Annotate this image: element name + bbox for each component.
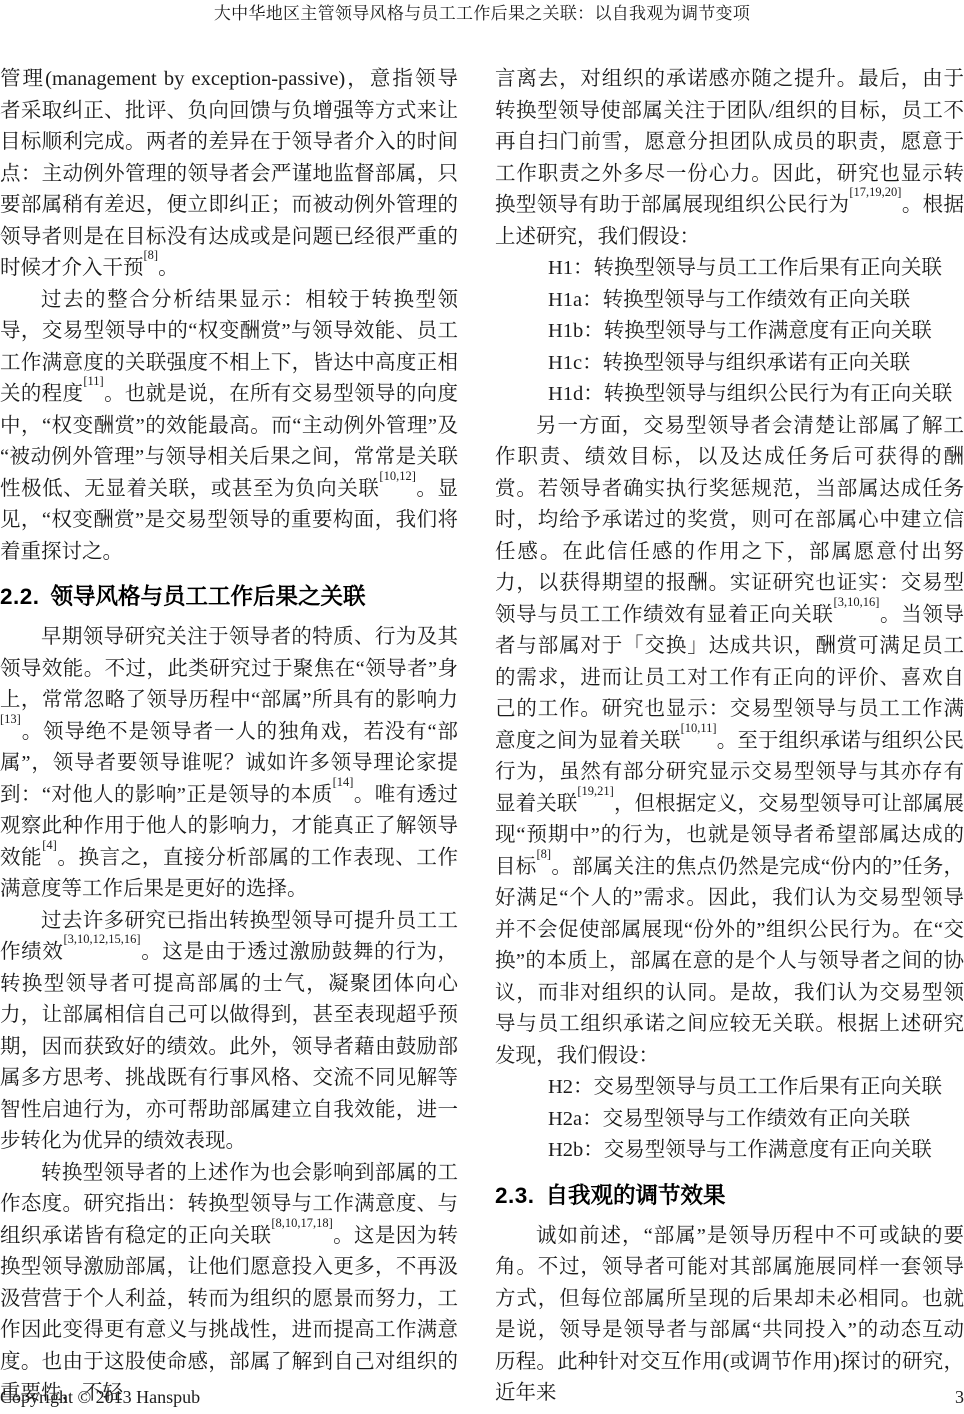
hypothesis-line: H2：交易型领导与员工工作后果有正向关联: [495, 1072, 964, 1104]
section-title: 自我观的调节效果: [546, 1183, 726, 1208]
citation-ref: [19,21]: [577, 784, 613, 798]
hypothesis-line: H1c：转换型领导与组织承诺有正向关联: [495, 348, 964, 380]
two-column-body: 管理(management by exception-passive)，意指领导…: [0, 64, 964, 1410]
column-left: 管理(management by exception-passive)，意指领导…: [0, 64, 458, 1410]
text-run: 诚如前述，“部属”是领导历程中不可或缺的要角。不过，领导者可能对其部属施展同样一…: [495, 1225, 964, 1405]
section-heading: 2.3.自我观的调节效果: [495, 1183, 964, 1209]
hypothesis-line: H1b：转换型领导与工作满意度有正向关联: [495, 316, 964, 348]
citation-ref: [11]: [83, 374, 103, 388]
text-run: 。: [158, 257, 179, 279]
running-title: 大中华地区主管领导风格与员工工作后果之关联：以自我观为调节变项: [0, 0, 964, 25]
text-run: 早期领导研究关注于领导者的特质、行为及其领导效能。不过，此类研究过于聚焦在“领导…: [0, 626, 458, 711]
citation-ref: [4]: [42, 838, 57, 852]
text-run: 。换言之，直接分析部属的工作表现、工作满意度等工作后果是更好的选择。: [0, 847, 458, 901]
paragraph: 转换型领导者的上述作为也会影响到部属的工作态度。研究指出：转换型领导与工作满意度…: [0, 1158, 458, 1410]
paragraph: 过去的整合分析结果显示：相较于转换型领导，交易型领导中的“权变酬赏”与领导效能、…: [0, 285, 458, 569]
citation-ref: [14]: [333, 775, 354, 789]
hypothesis-line: H1：转换型领导与员工工作后果有正向关联: [495, 253, 964, 285]
hypothesis-line: H1d：转换型领导与组织公民行为有正向关联: [495, 379, 964, 411]
paper-page: 大中华地区主管领导风格与员工工作后果之关联：以自我观为调节变项 管理(manag…: [0, 0, 964, 1414]
citation-ref: [3,10,16]: [834, 595, 880, 609]
text-run: 。部属关注的焦点仍然是完成“份内的”任务，好满足“个人的”需求。因此，我们认为交…: [495, 856, 964, 1067]
page-number: 3: [955, 1386, 964, 1408]
citation-ref: [8]: [144, 248, 159, 262]
paragraph: 另一方面，交易型领导者会清楚让部属了解工作职责、绩效目标，以及达成任务后可获得的…: [495, 411, 964, 1073]
text-run: 另一方面，交易型领导者会清楚让部属了解工作职责、绩效目标，以及达成任务后可获得的…: [495, 415, 964, 626]
footer-copyright: Copyright © 2013 Hanspub: [0, 1386, 200, 1408]
citation-ref: [17,19,20]: [849, 185, 901, 199]
citation-ref: [8]: [537, 847, 552, 861]
section-number: 2.2.: [0, 584, 40, 609]
paragraph: 诚如前述，“部属”是领导历程中不可或缺的要角。不过，领导者可能对其部属施展同样一…: [495, 1221, 964, 1410]
paragraph: 早期领导研究关注于领导者的特质、行为及其领导效能。不过，此类研究过于聚焦在“领导…: [0, 622, 458, 906]
paragraph: 言离去，对组织的承诺感亦随之提升。最后，由于转换型领导使部属关注于团队/组织的目…: [495, 64, 964, 253]
paragraph: 过去许多研究已指出转换型领导可提升员工工作绩效[3,10,12,15,16]。这…: [0, 906, 458, 1158]
citation-ref: [10,11]: [681, 721, 717, 735]
text-run: 。这是由于透过激励鼓舞的行为，转换型领导者可提高部属的士气，凝聚团体向心力，让部…: [0, 941, 458, 1152]
hypothesis-line: H2a：交易型领导与工作绩效有正向关联: [495, 1104, 964, 1136]
citation-ref: [13]: [0, 712, 21, 726]
section-title: 领导风格与员工工作后果之关联: [51, 584, 366, 609]
hypothesis-line: H1a：转换型领导与工作绩效有正向关联: [495, 285, 964, 317]
hypothesis-line: H2b：交易型领导与工作满意度有正向关联: [495, 1135, 964, 1167]
citation-ref: [10,12]: [379, 469, 415, 483]
text-run: 管理(management by exception-passive)，意指领导…: [0, 68, 458, 279]
section-number: 2.3.: [495, 1183, 535, 1208]
page-footer: Copyright © 2013 Hanspub 3: [0, 1386, 964, 1408]
column-right: 言离去，对组织的承诺感亦随之提升。最后，由于转换型领导使部属关注于团队/组织的目…: [495, 64, 964, 1410]
text-run: 。这是因为转换型领导激励部属，让他们愿意投入更多，不再汲汲营营于个人利益，转而为…: [0, 1225, 458, 1405]
section-heading: 2.2.领导风格与员工工作后果之关联: [0, 584, 458, 610]
citation-ref: [3,10,12,15,16]: [64, 932, 141, 946]
citation-ref: [8,10,17,18]: [271, 1216, 332, 1230]
paragraph: 管理(management by exception-passive)，意指领导…: [0, 64, 458, 285]
